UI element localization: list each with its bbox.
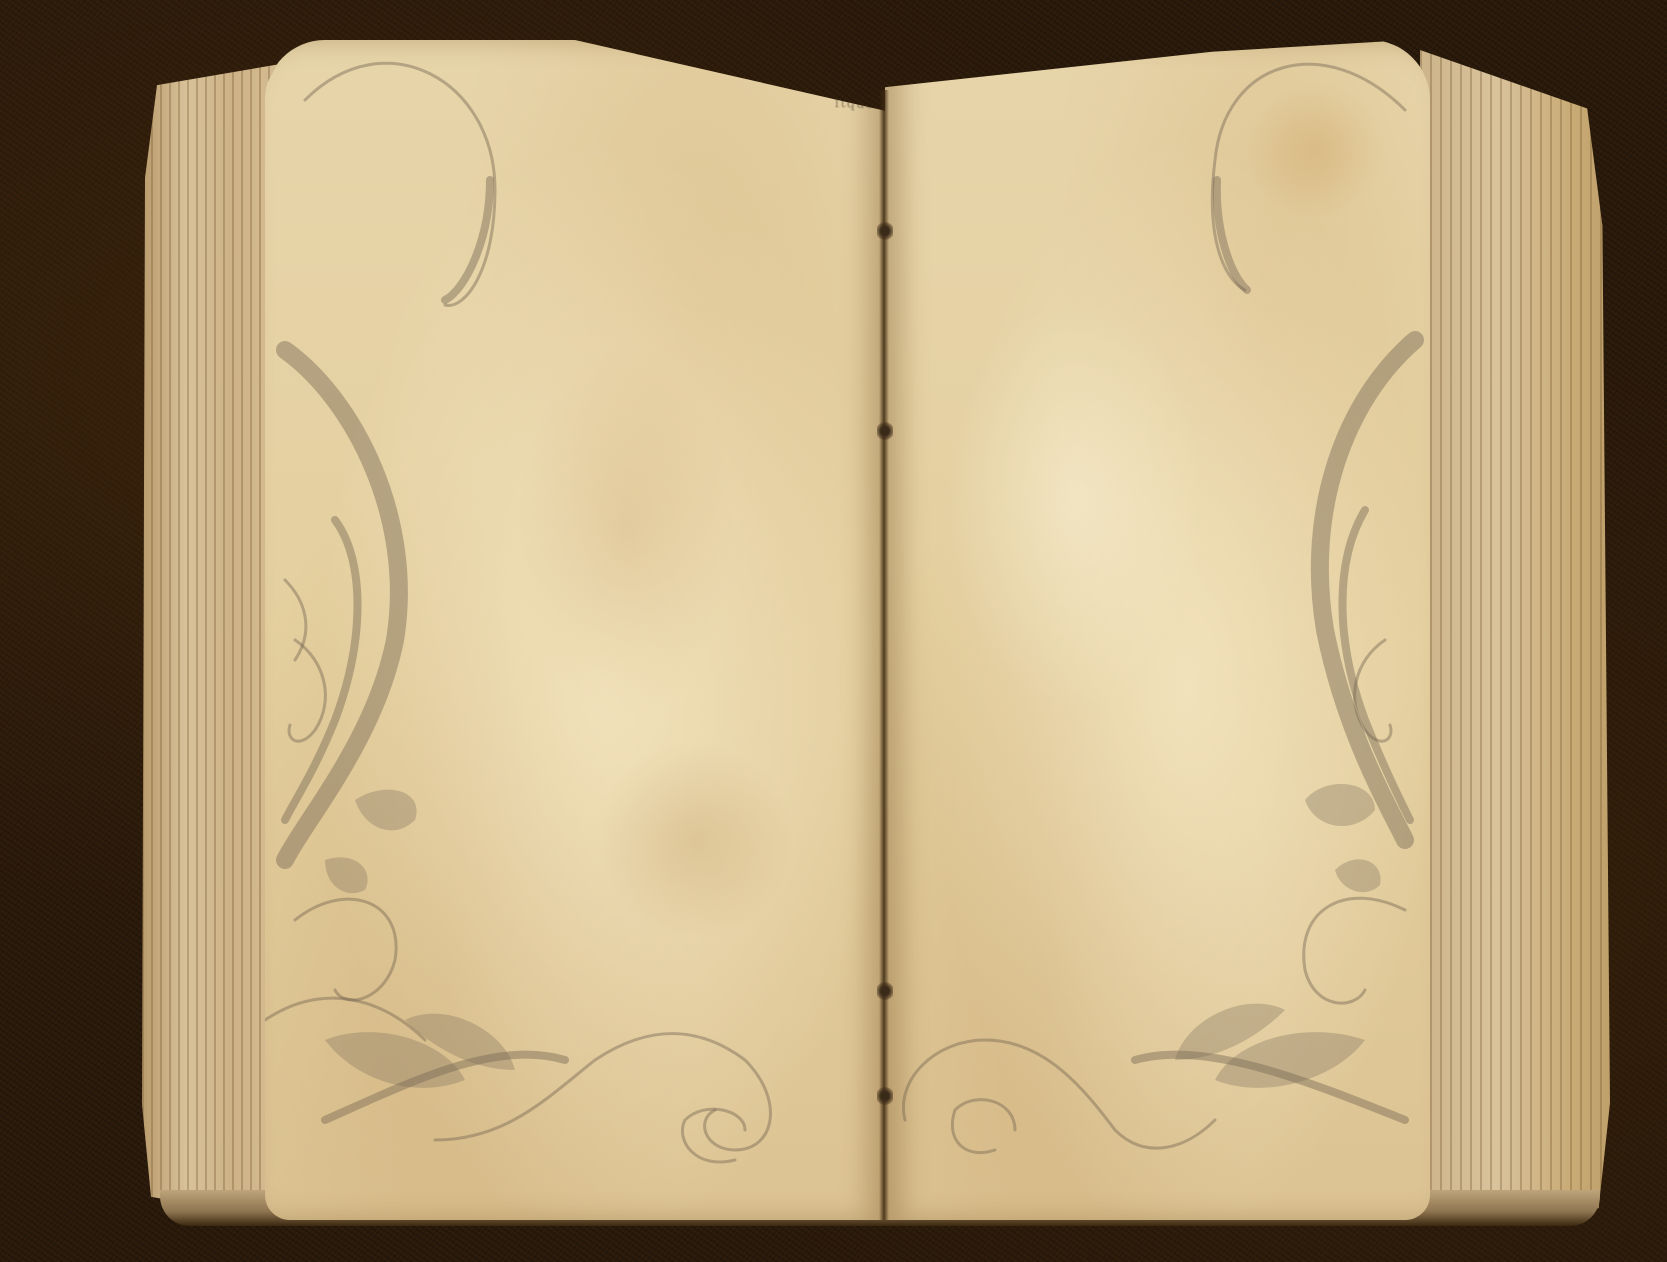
stain [595, 740, 795, 940]
stain [1245, 80, 1385, 220]
left-page-flourish [265, 40, 885, 1220]
binding-stitch [877, 1085, 893, 1107]
book-spine-gutter [879, 90, 889, 1220]
stain [945, 290, 1205, 710]
right-page [885, 40, 1430, 1220]
book-photo: ……ſtquo… [0, 0, 1667, 1262]
binding-stitch [877, 420, 893, 442]
stain [515, 340, 735, 720]
right-page-flourish [885, 40, 1430, 1220]
running-head-text: ……ſtquo… [834, 81, 885, 113]
left-page: ……ſtquo… [265, 40, 885, 1220]
binding-stitch [877, 980, 893, 1002]
binding-stitch [877, 220, 893, 242]
right-page-edges [1420, 50, 1610, 1220]
